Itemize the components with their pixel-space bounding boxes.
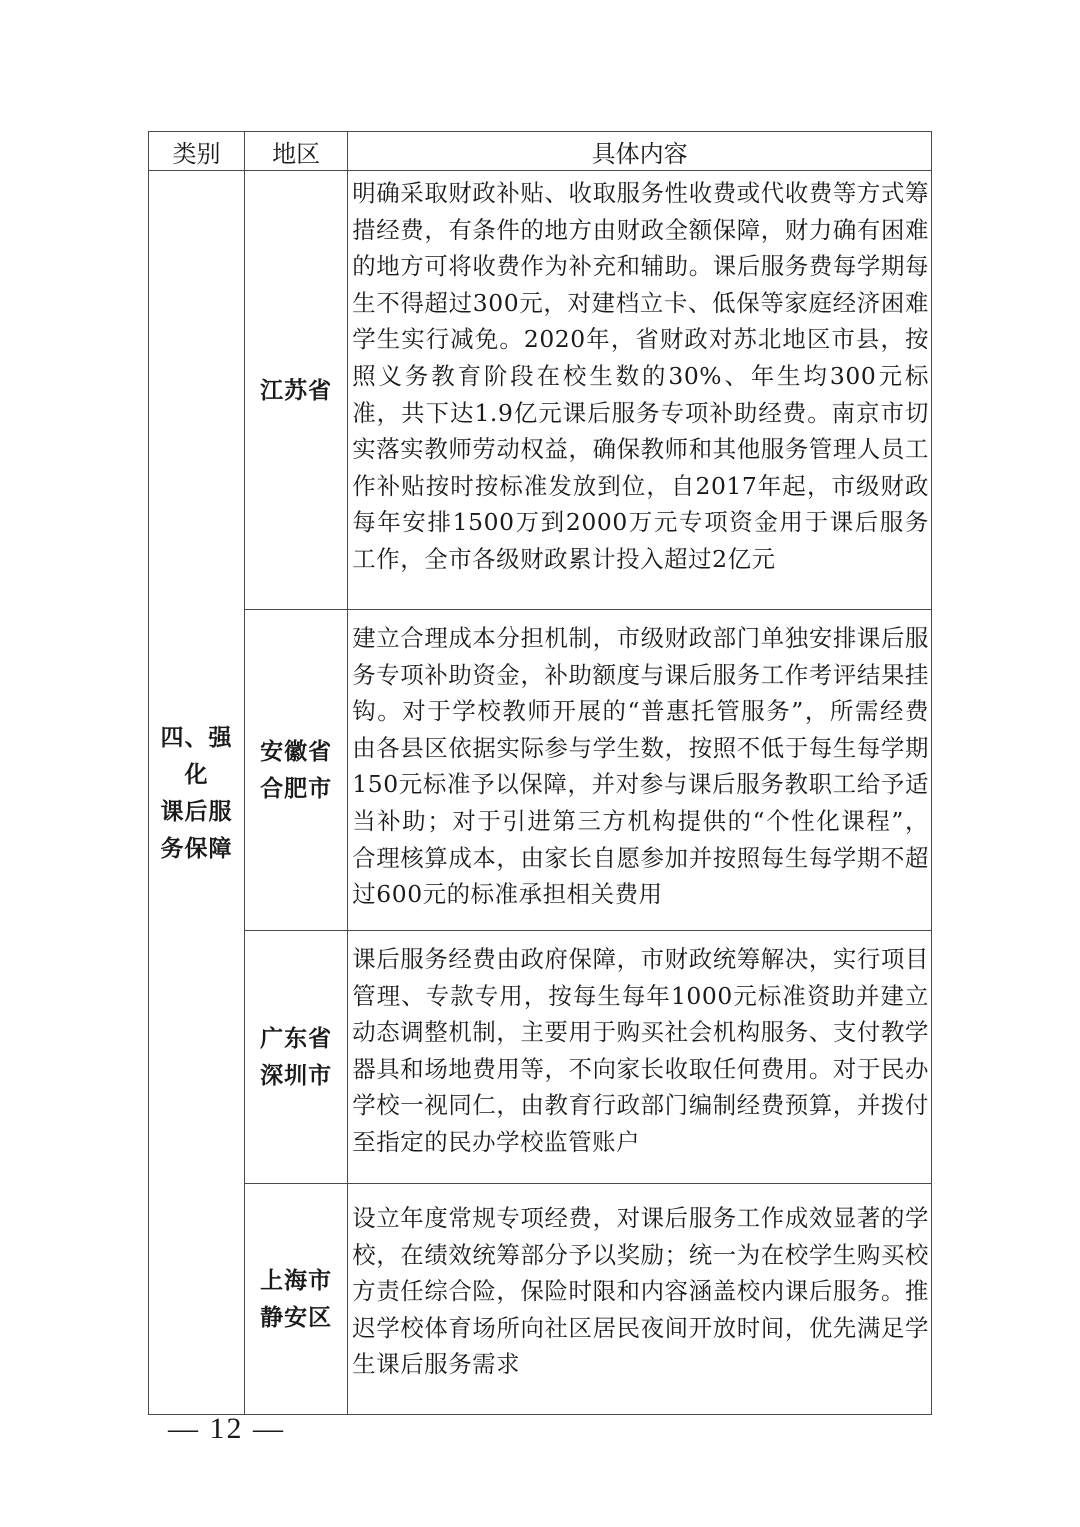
region-cell: 江苏省: [245, 171, 348, 610]
region-cell: 上海市 静安区: [245, 1184, 348, 1415]
table-row: 四、强化 课后服 务保障 江苏省 明确采取财政补贴、收取服务性收费或代收费等方式…: [149, 171, 932, 610]
table-row: 广东省 深圳市 课后服务经费由政府保障，市财政统筹解决，实行项目管理、专款专用，…: [149, 931, 932, 1184]
region-line: 上海市: [245, 1262, 347, 1299]
header-content: 具体内容: [348, 132, 932, 171]
region-line: 深圳市: [245, 1057, 347, 1094]
region-line: 合肥市: [245, 770, 347, 807]
content-cell: 明确采取财政补贴、收取服务性收费或代收费等方式筹措经费，有条件的地方由财政全额保…: [348, 171, 932, 610]
region-cell: 安徽省 合肥市: [245, 610, 348, 931]
region-line: 江苏省: [245, 372, 347, 409]
region-line: 安徽省: [245, 733, 347, 770]
category-line: 课后服: [149, 793, 244, 830]
policy-table: 类别 地区 具体内容 四、强化 课后服 务保障 江苏省 明确采取财政补贴、收取服…: [148, 131, 932, 1415]
content-cell: 建立合理成本分担机制，市级财政部门单独安排课后服务专项补助资金，补助额度与课后服…: [348, 610, 932, 931]
region-cell: 广东省 深圳市: [245, 931, 348, 1184]
content-cell: 课后服务经费由政府保障，市财政统筹解决，实行项目管理、专款专用，按每生每年100…: [348, 931, 932, 1184]
region-line: 静安区: [245, 1299, 347, 1336]
category-cell: 四、强化 课后服 务保障: [149, 171, 245, 1415]
header-region: 地区: [245, 132, 348, 171]
table-row: 安徽省 合肥市 建立合理成本分担机制，市级财政部门单独安排课后服务专项补助资金，…: [149, 610, 932, 931]
table-header-row: 类别 地区 具体内容: [149, 132, 932, 171]
page-number: — 12 —: [168, 1412, 285, 1446]
content-cell: 设立年度常规专项经费，对课后服务工作成效显著的学校，在绩效统筹部分予以奖励；统一…: [348, 1184, 932, 1415]
header-category: 类别: [149, 132, 245, 171]
table-row: 上海市 静安区 设立年度常规专项经费，对课后服务工作成效显著的学校，在绩效统筹部…: [149, 1184, 932, 1415]
category-line: 务保障: [149, 830, 244, 867]
region-line: 广东省: [245, 1020, 347, 1057]
category-line: 四、强化: [149, 719, 244, 793]
